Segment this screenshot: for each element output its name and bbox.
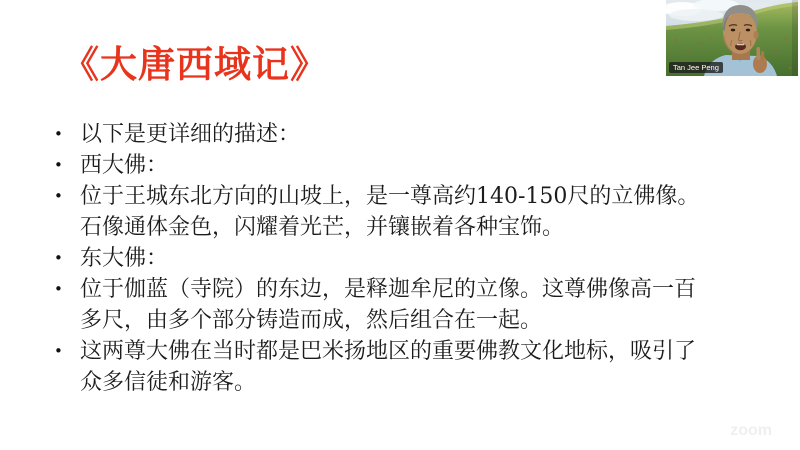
watermark: zoom xyxy=(730,422,772,440)
slide-title: 《大唐西域记》 xyxy=(62,34,328,88)
participant-name-tag: Tan Jee Peng xyxy=(669,62,723,74)
bullet-list: • 以下是更详细的描述： • 西大佛： • 位于王城东北方向的山坡上，是一尊高约… xyxy=(54,119,754,398)
bullet-text: 位于王城东北方向的山坡上，是一尊高约140-150尺的立佛像。 石像通体金色，闪… xyxy=(80,181,754,243)
watermark-text: zoom xyxy=(730,422,772,440)
bullet-text: 位于伽蓝（寺院）的东边，是释迦牟尼的立像。这尊佛像高一百 多尺，由多个部分铸造而… xyxy=(80,274,754,336)
bullet-marker: • xyxy=(54,274,80,305)
bullet-marker: • xyxy=(54,119,80,150)
bullet-item: • 这两尊大佛在当时都是巴米扬地区的重要佛教文化地标，吸引了 众多信徒和游客。 xyxy=(54,336,754,398)
bullet-item: • 位于王城东北方向的山坡上，是一尊高约140-150尺的立佛像。 石像通体金色… xyxy=(54,181,754,243)
bullet-text: 东大佛： xyxy=(80,243,754,274)
bullet-marker: • xyxy=(54,243,80,274)
bullet-item: • 东大佛： xyxy=(54,243,754,274)
bullet-item: • 西大佛： xyxy=(54,150,754,181)
bullet-item: • 位于伽蓝（寺院）的东边，是释迦牟尼的立像。这尊佛像高一百 多尺，由多个部分铸… xyxy=(54,274,754,336)
bullet-marker: • xyxy=(54,150,80,181)
bullet-marker: • xyxy=(54,181,80,212)
bullet-marker: • xyxy=(54,336,80,367)
bullet-text: 以下是更详细的描述： xyxy=(80,119,754,150)
screen: 《大唐西域记》 • 以下是更详细的描述： • 西大佛： • 位于王城东北方向的山… xyxy=(0,0,800,450)
bullet-text: 这两尊大佛在当时都是巴米扬地区的重要佛教文化地标，吸引了 众多信徒和游客。 xyxy=(80,336,754,398)
webcam-tile[interactable]: Tan Jee Peng xyxy=(666,0,798,76)
bullet-text: 西大佛： xyxy=(80,150,754,181)
bullet-item: • 以下是更详细的描述： xyxy=(54,119,754,150)
